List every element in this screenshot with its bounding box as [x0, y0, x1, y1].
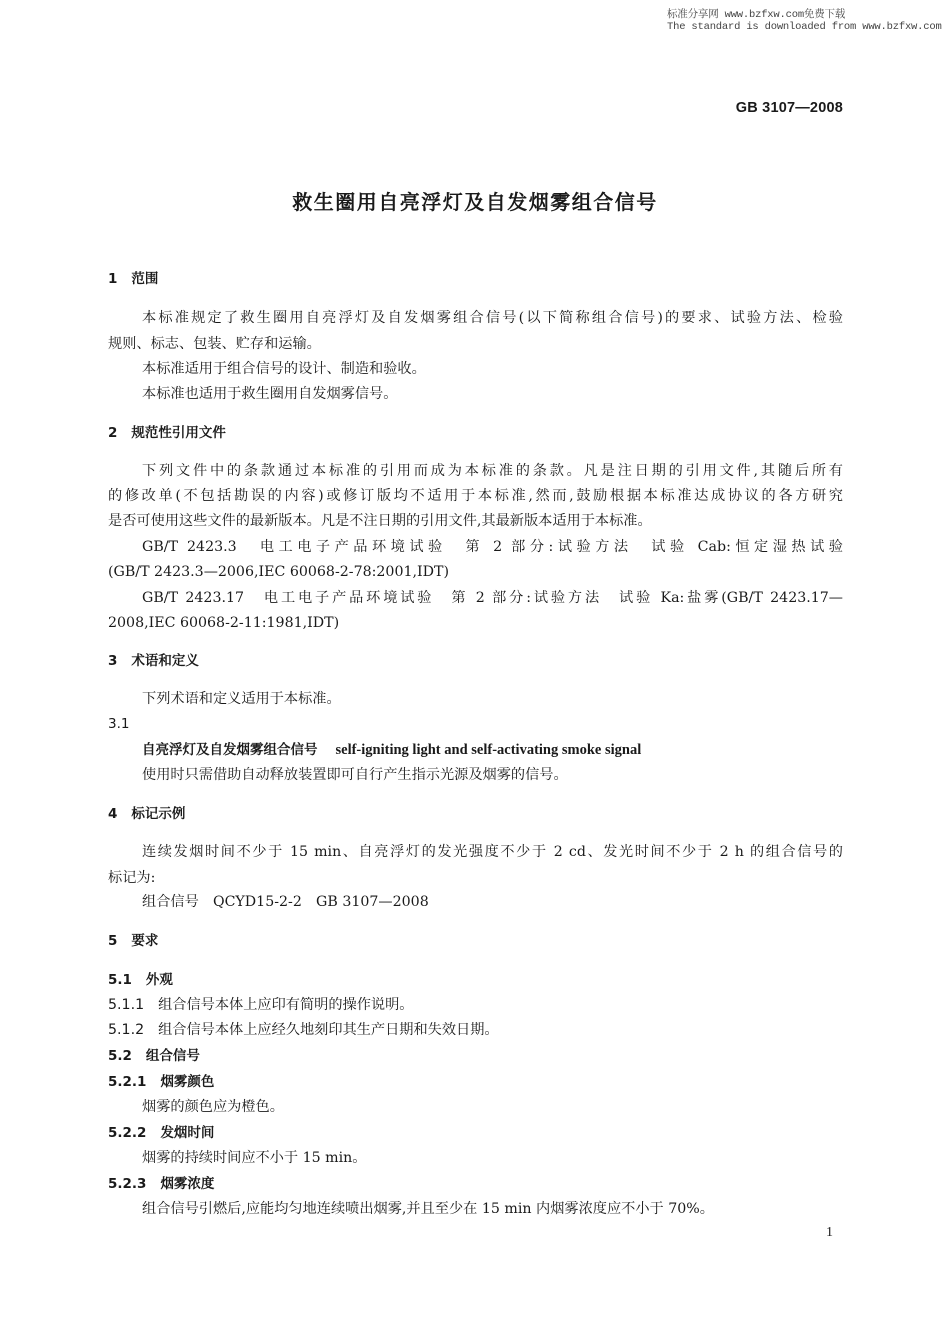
s4-paragraph-line-2: 标记为: — [108, 869, 155, 887]
s1-paragraph-1-line-2: 规则、标志、包装、贮存和运输。 — [108, 335, 321, 353]
watermark-line-1: 标准分享网 www.bzfxw.com免费下载 — [667, 6, 845, 21]
page-number: 1 — [826, 1225, 833, 1241]
clause-text: 组合信号本体上应印有简明的操作说明。 — [158, 997, 413, 1013]
section-number: 3 — [108, 653, 117, 669]
document-title: 救生圈用自亮浮灯及自发烟雾组合信号 — [0, 186, 950, 215]
s4-paragraph-line-1: 连续发烟时间不少于 15 min、自亮浮灯的发光强度不少于 2 cd、发光时间不… — [142, 843, 843, 861]
section-number: 5.2.1 — [108, 1074, 146, 1090]
term-number: 3.1 — [108, 715, 129, 733]
section-title: 外观 — [146, 972, 173, 988]
s2-paragraph-line-1: 下列文件中的条款通过本标准的引用而成为本标准的条款。凡是注日期的引用文件,其随后… — [142, 462, 843, 480]
section-5-heading: 5要求 — [108, 932, 158, 950]
section-5-2-1-heading: 5.2.1烟雾颜色 — [108, 1073, 214, 1091]
section-1-heading: 1范围 — [108, 270, 158, 288]
section-number: 4 — [108, 806, 117, 822]
section-number: 5.1 — [108, 972, 132, 988]
clause-5-1-1: 5.1.1组合信号本体上应印有简明的操作说明。 — [108, 996, 414, 1014]
s1-paragraph-1-line-1: 本标准规定了救生圈用自亮浮灯及自发烟雾组合信号(以下简称组合信号)的要求、试验方… — [142, 309, 843, 327]
section-3-heading: 3术语和定义 — [108, 652, 199, 670]
clause-5-2-3-text: 组合信号引燃后,应能均匀地连续喷出烟雾,并且至少在 15 min 内烟雾浓度应不… — [142, 1200, 714, 1218]
reference-2-line-2: 2008,IEC 60068-2-11:1981,IDT) — [108, 614, 339, 632]
term-english: self-igniting light and self-activating … — [336, 742, 642, 758]
reference-1-line-1: GB/T 2423.3 电工电子产品环境试验 第 2 部分:试验方法 试验 Ca… — [142, 538, 843, 556]
section-title: 组合信号 — [146, 1048, 200, 1064]
section-title: 术语和定义 — [131, 653, 199, 669]
s2-paragraph-line-2: 的修改单(不包括勘误的内容)或修订版均不适用于本标准,然而,鼓励根据本标准达成协… — [108, 487, 843, 505]
marking-example: 组合信号 QCYD15-2-2 GB 3107—2008 — [142, 893, 429, 911]
term-definition: 使用时只需借助自动释放装置即可自行产生指示光源及烟雾的信号。 — [142, 766, 568, 784]
section-title: 范围 — [131, 271, 158, 287]
reference-1-line-2: (GB/T 2423.3—2006,IEC 60068-2-78:2001,ID… — [108, 563, 449, 581]
section-number: 5.2 — [108, 1048, 132, 1064]
section-number: 5.2.3 — [108, 1176, 146, 1192]
section-4-heading: 4标记示例 — [108, 805, 185, 823]
term-entry: 自亮浮灯及自发烟雾组合信号self-igniting light and sel… — [142, 741, 641, 759]
clause-5-2-2-text: 烟雾的持续时间应不小于 15 min。 — [142, 1149, 366, 1167]
clause-5-2-1-text: 烟雾的颜色应为橙色。 — [142, 1098, 284, 1116]
clause-text: 组合信号本体上应经久地刻印其生产日期和失效日期。 — [158, 1022, 499, 1038]
section-title: 烟雾颜色 — [160, 1074, 214, 1090]
section-title: 规范性引用文件 — [131, 425, 226, 441]
s1-paragraph-3: 本标准也适用于救生圈用自发烟雾信号。 — [142, 385, 397, 403]
watermark-line-2: The standard is downloaded from www.bzfx… — [667, 21, 942, 33]
section-5-2-3-heading: 5.2.3烟雾浓度 — [108, 1175, 214, 1193]
section-title: 发烟时间 — [160, 1125, 214, 1141]
clause-5-1-2: 5.1.2组合信号本体上应经久地刻印其生产日期和失效日期。 — [108, 1021, 499, 1039]
section-title: 要求 — [131, 933, 158, 949]
clause-number: 5.1.2 — [108, 1022, 144, 1038]
reference-2-line-1: GB/T 2423.17 电工电子产品环境试验 第 2 部分:试验方法 试验 K… — [142, 589, 843, 607]
section-title: 烟雾浓度 — [160, 1176, 214, 1192]
s2-paragraph-line-3: 是否可使用这些文件的最新版本。凡是不注日期的引用文件,其最新版本适用于本标准。 — [108, 512, 652, 530]
term-chinese: 自亮浮灯及自发烟雾组合信号 — [142, 742, 318, 758]
standard-code: GB 3107—2008 — [736, 100, 843, 116]
section-5-2-2-heading: 5.2.2发烟时间 — [108, 1124, 214, 1142]
s1-paragraph-2: 本标准适用于组合信号的设计、制造和验收。 — [142, 360, 426, 378]
section-5-1-heading: 5.1外观 — [108, 971, 173, 989]
section-number: 5 — [108, 933, 117, 949]
section-number: 5.2.2 — [108, 1125, 146, 1141]
section-number: 2 — [108, 425, 117, 441]
clause-number: 5.1.1 — [108, 997, 144, 1013]
section-2-heading: 2规范性引用文件 — [108, 424, 226, 442]
section-title: 标记示例 — [131, 806, 185, 822]
s3-paragraph: 下列术语和定义适用于本标准。 — [142, 690, 341, 708]
section-number: 1 — [108, 271, 117, 287]
section-5-2-heading: 5.2组合信号 — [108, 1047, 200, 1065]
